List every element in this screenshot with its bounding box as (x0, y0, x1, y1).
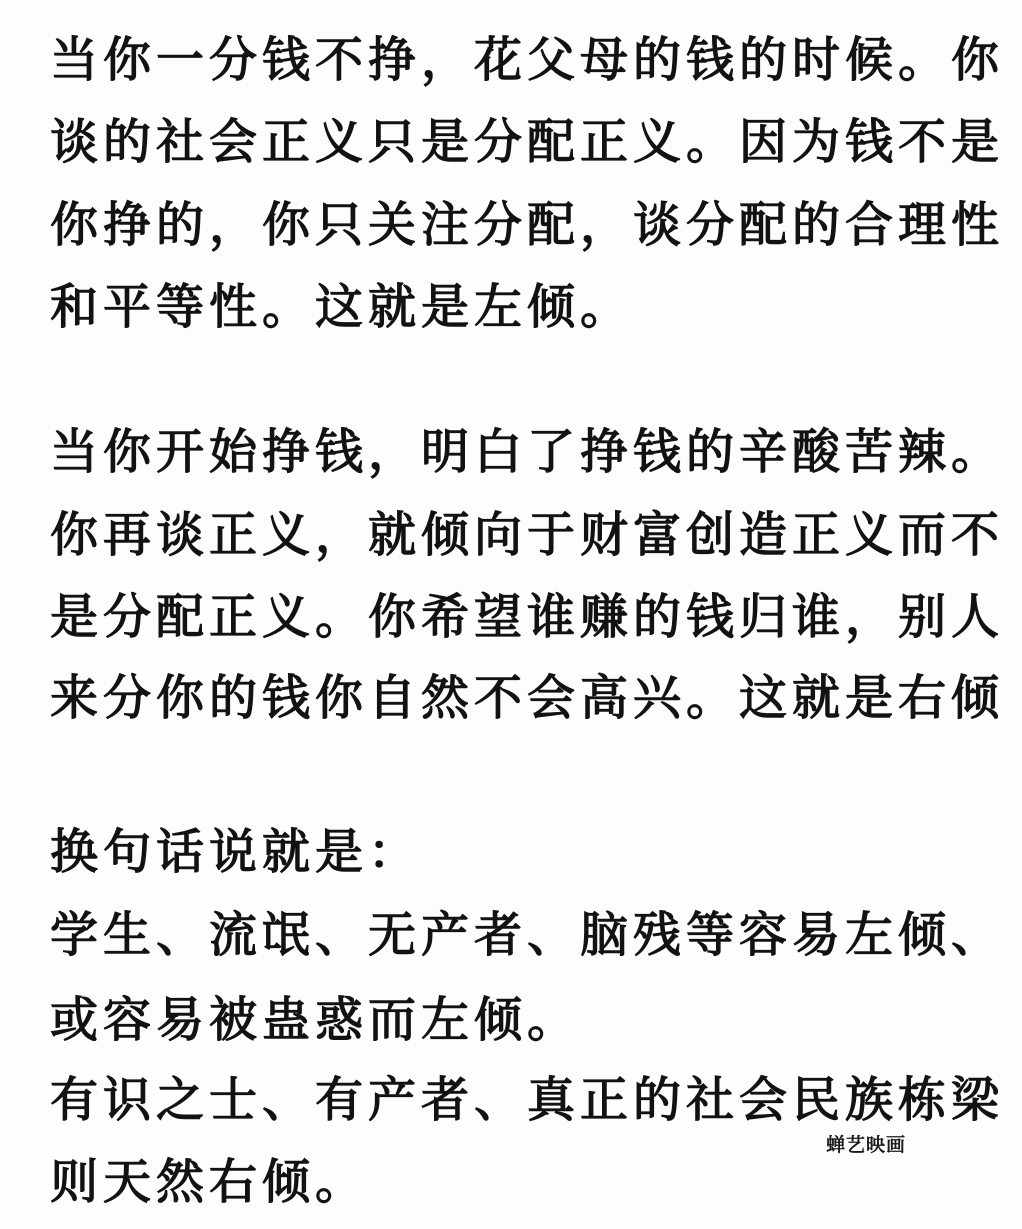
watermark: 蝉艺映画 (826, 1133, 906, 1157)
paragraph-3-line-5: 则天然右倾。 (50, 1152, 368, 1212)
paragraph-1-line-4: 和平等性。这就是左倾。 (50, 277, 633, 337)
paragraph-3-line-1: 换句话说就是： (50, 822, 421, 882)
paragraph-2-line-3: 是分配正义。你希望谁赚的钱归谁，别人 (50, 587, 1004, 647)
paragraph-3-line-2: 学生、流氓、无产者、脑残等容易左倾、 (50, 905, 1004, 965)
text-image-page: 当你一分钱不挣，花父母的钱的时候。你 谈的社会正义只是分配正义。因为钱不是 你挣… (0, 0, 1022, 1229)
paragraph-2-line-1: 当你开始挣钱，明白了挣钱的辛酸苦辣。 (50, 422, 1004, 482)
paragraph-2-line-2: 你再谈正义，就倾向于财富创造正义而不 (50, 505, 1004, 565)
paragraph-3-line-3: 或容易被蛊惑而左倾。 (50, 990, 580, 1050)
paragraph-2-line-4: 来分你的钱你自然不会高兴。这就是右倾 (50, 668, 1004, 728)
paragraph-1-line-3: 你挣的，你只关注分配，谈分配的合理性 (50, 195, 1004, 255)
paragraph-3-line-4: 有识之士、有产者、真正的社会民族栋梁 (50, 1070, 1004, 1130)
paragraph-1-line-2: 谈的社会正义只是分配正义。因为钱不是 (50, 112, 1004, 172)
paragraph-1-line-1: 当你一分钱不挣，花父母的钱的时候。你 (50, 30, 1004, 90)
